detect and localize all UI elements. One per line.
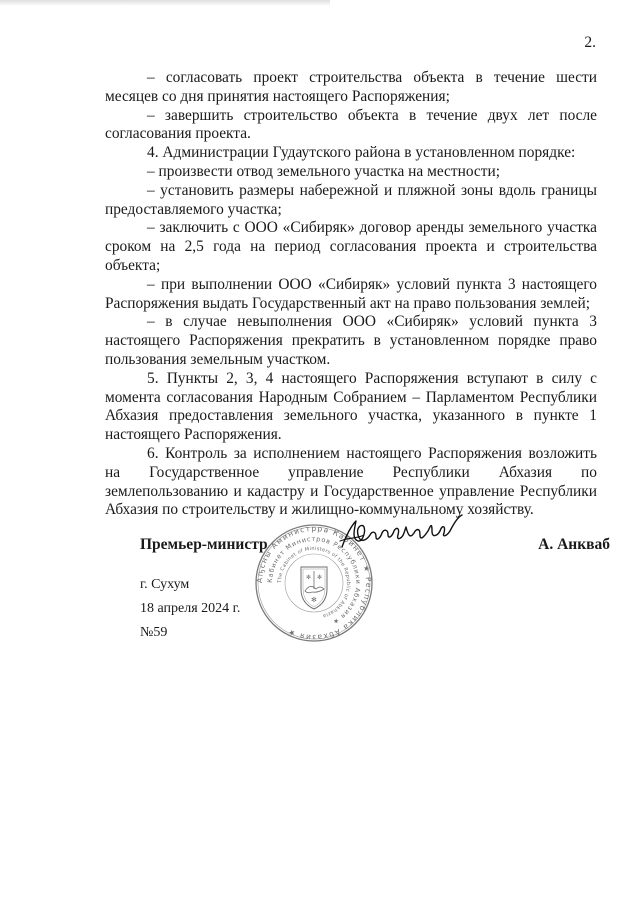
signatory-name: А. Анкваб xyxy=(538,536,610,554)
issue-city: г. Сухум xyxy=(140,573,240,597)
document-number: №59 xyxy=(140,621,240,645)
document-body: – согласовать проект строительства объек… xyxy=(105,69,597,520)
svg-text:✻: ✻ xyxy=(306,574,311,581)
signatory-title: Премьер-министр xyxy=(140,536,268,554)
handwritten-signature-icon xyxy=(336,513,466,555)
paragraph-beach-zone: – установить размеры набережной и пляжно… xyxy=(105,182,597,220)
paragraph-item-6: 6. Контроль за исполнением настоящего Ра… xyxy=(105,445,597,520)
scan-edge-artifact xyxy=(0,0,330,6)
paragraph-land-allotment: – произвести отвод земельного участка на… xyxy=(105,163,597,182)
paragraph-item-4: 4. Администрации Гудаутского района в ус… xyxy=(105,144,597,163)
paragraph-termination: – в случае невыполнения ООО «Сибиряк» ус… xyxy=(105,313,597,369)
issue-date: 18 апреля 2024 г. xyxy=(140,597,240,621)
page-number: 2. xyxy=(584,34,596,52)
paragraph-approve-project: – согласовать проект строительства объек… xyxy=(105,69,597,107)
paragraph-item-5: 5. Пункты 2, 3, 4 настоящего Распоряжени… xyxy=(105,370,597,445)
paragraph-state-act: – при выполнении ООО «Сибиряк» условий п… xyxy=(105,276,597,314)
paragraph-complete-construction: – завершить строительство объекта в тече… xyxy=(105,107,597,145)
document-footer: г. Сухум 18 апреля 2024 г. №59 xyxy=(140,573,240,645)
svg-text:✻: ✻ xyxy=(311,596,317,604)
paragraph-lease-agreement: – заключить с ООО «Сибиряк» договор арен… xyxy=(105,219,597,275)
svg-text:✻: ✻ xyxy=(317,574,322,581)
